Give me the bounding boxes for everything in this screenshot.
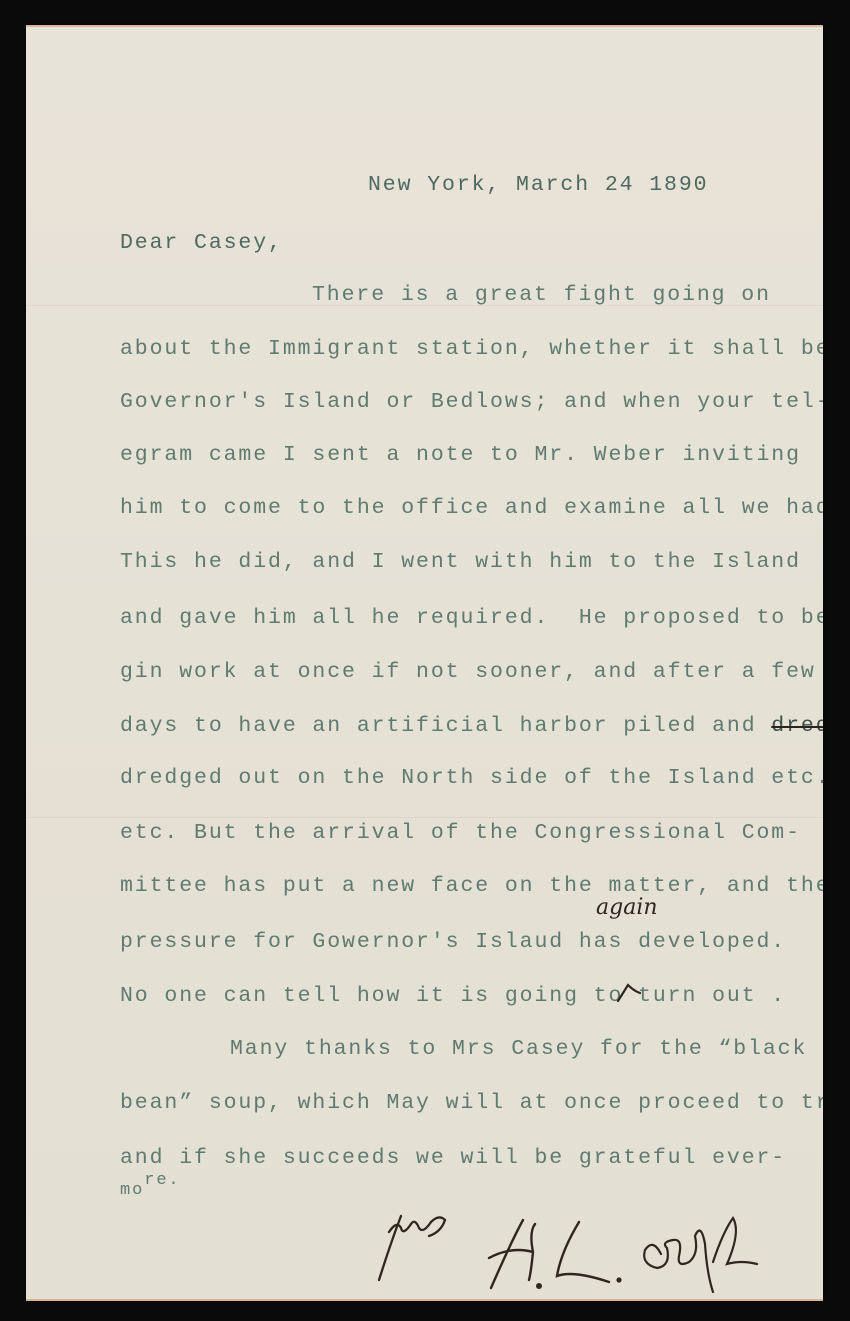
body-line: No one can tell how it is going to turn … xyxy=(120,982,786,1010)
body-line: him to come to the office and examine al… xyxy=(120,494,823,522)
body-line: There is a great fight going on xyxy=(312,281,771,309)
insertion-caret-icon xyxy=(616,981,642,1003)
body-line-with-strike: days to have an artificial harbor piled … xyxy=(120,712,823,740)
more-text: mo xyxy=(120,1181,144,1200)
handwritten-insertion: again xyxy=(596,895,658,920)
body-line: pressure for Gowernor's Islaud has devel… xyxy=(120,928,786,956)
body-line: egram came I sent a note to Mr. Weber in… xyxy=(120,441,801,469)
body-line: dredged out on the North side of the Isl… xyxy=(120,764,823,792)
body-line: and gave him all he required. He propose… xyxy=(120,604,823,632)
body-line: Governor's Island or Bedlows; and when y… xyxy=(120,388,823,416)
body-line: about the Immigrant station, whether it … xyxy=(120,335,823,363)
letter-paper: New York, March 24 1890 Dear Casey, Ther… xyxy=(26,25,823,1301)
fold-crease xyxy=(26,817,823,818)
body-line-text: days to have an artificial harbor piled … xyxy=(120,714,771,738)
salutation: Dear Casey, xyxy=(120,229,283,257)
body-line: gin work at once if not sooner, and afte… xyxy=(120,658,816,686)
body-line: Many thanks to Mrs Casey for the “black xyxy=(230,1035,807,1063)
body-line: bean” soup, which May will at once proce… xyxy=(120,1089,823,1117)
body-line: mittee has put a new face on the matter,… xyxy=(120,872,823,900)
body-line: etc. But the arrival of the Congressiona… xyxy=(120,819,801,847)
date-line: New York, March 24 1890 xyxy=(368,171,708,199)
signature-icon xyxy=(361,1202,801,1297)
body-line-final: more. xyxy=(120,1177,181,1205)
body-line: and if she succeeds we will be grateful … xyxy=(120,1144,786,1172)
struck-text: dred xyxy=(771,714,823,738)
body-line: This he did, and I went with him to the … xyxy=(120,548,801,576)
more-superscript: re. xyxy=(144,1171,180,1190)
